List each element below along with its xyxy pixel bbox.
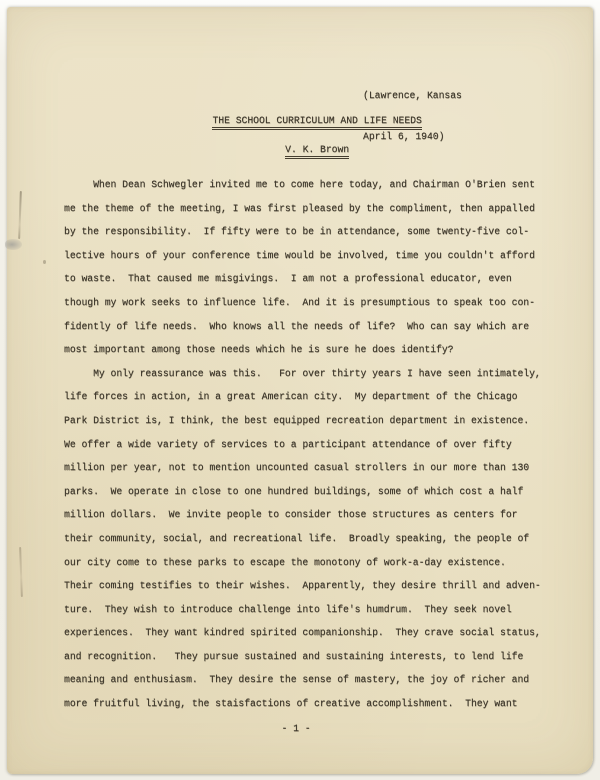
body-line: life forces in action, in a great Americ… bbox=[64, 385, 541, 409]
body-line: their community, social, and recreationa… bbox=[64, 527, 541, 551]
body-line: more fruitful living, the staisfactions … bbox=[64, 692, 541, 716]
body-line: by the responsibility. If fifty were to … bbox=[64, 220, 541, 244]
body-line: and recognition. They pursue sustained a… bbox=[64, 645, 541, 669]
body-line: Their coming testifies to their wishes. … bbox=[64, 574, 541, 598]
scan-backdrop: { "header": { "location_line": "(Lawrenc… bbox=[0, 0, 600, 780]
body-line: fidently of life needs. Who knows all th… bbox=[64, 315, 541, 339]
scan-scratch-mark bbox=[19, 547, 22, 597]
document-page: (Lawrence, Kansas April 6, 1940) THE SCH… bbox=[7, 7, 593, 774]
body-line: our city come to these parks to escape t… bbox=[64, 551, 541, 575]
body-line: million dollars. We invite people to con… bbox=[64, 503, 541, 527]
body-line: We offer a wide variety of services to a… bbox=[64, 433, 541, 457]
body-line: lective hours of your conference time wo… bbox=[64, 244, 541, 268]
body-line: most important among those needs which h… bbox=[64, 338, 541, 362]
scan-smudge-mark bbox=[5, 239, 22, 250]
body-line: me the theme of the meeting, I was first… bbox=[64, 197, 541, 221]
body-line: Park District is, I think, the best equi… bbox=[64, 409, 541, 433]
body-line: experiences. They want kindred spirited … bbox=[64, 621, 541, 645]
body-line: though my work seeks to influence life. … bbox=[64, 291, 541, 315]
body-line: When Dean Schwegler invited me to come h… bbox=[64, 173, 541, 197]
page-number: - 1 - bbox=[7, 723, 585, 734]
body-line: parks. We operate in close to one hundre… bbox=[64, 480, 541, 504]
scan-speck-mark bbox=[43, 260, 46, 264]
dateline-location: (Lawrence, Kansas bbox=[363, 89, 462, 103]
body-line: My only reassurance was this. For over t… bbox=[64, 362, 541, 386]
body-line: meaning and enthusiasm. They desire the … bbox=[64, 668, 541, 692]
body-line: to waste. That caused me misgivings. I a… bbox=[64, 267, 541, 291]
scan-scratch-mark bbox=[18, 191, 21, 239]
byline-row: V. K. Brown bbox=[18, 133, 593, 170]
document-title: THE SCHOOL CURRICULUM AND LIFE NEEDS bbox=[212, 115, 421, 130]
byline: V. K. Brown bbox=[285, 144, 349, 159]
body-text: When Dean Schwegler invited me to come h… bbox=[64, 173, 541, 716]
body-line: million per year, not to mention uncount… bbox=[64, 456, 541, 480]
body-line: ture. They wish to introduce challenge i… bbox=[64, 598, 541, 622]
